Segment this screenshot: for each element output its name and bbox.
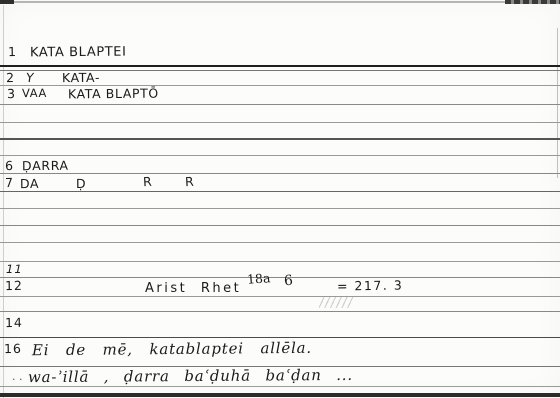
entry-text: ḌARRA [22,158,69,173]
letter-mark: R [185,174,195,189]
ruled-line [0,122,560,123]
margin-number: 1 [8,44,17,59]
top-left-corner-mark [0,0,14,4]
top-right-corner-smudge [505,0,560,4]
ruled-line [0,208,560,209]
abbreviation-mark: VAA [22,86,47,100]
entry-text: KATA BLAPTŌ [68,86,159,102]
ruled-line [0,311,560,312]
card-right-edge [557,28,558,178]
margin-number: 16 [4,341,22,356]
citation-line-number: 6 [283,273,293,290]
ruled-line [0,242,560,243]
ruled-line [0,296,560,297]
card-top-edge [0,1,560,3]
margin-number: 2 [6,70,15,85]
margin-number: 11 [5,262,25,276]
citation-locus: 18a [247,270,271,287]
ruled-line [0,173,560,174]
ruled-line [0,386,560,387]
ruled-line [0,225,560,226]
margin-number: 12 [5,278,23,293]
entry-headword: KATA BLAPTEI [30,45,127,61]
margin-number: 14 [5,315,23,330]
letter-mark: R [143,174,153,189]
pencil-smudge [319,297,353,308]
transliterated-greek-text: Ei de mē, katablaptei allēla. [32,339,312,359]
ruled-line [0,155,560,156]
card-left-edge [3,5,4,398]
index-card: 1 KATA BLAPTEI 2 Y KATA- 3 VAA KATA BLAP… [0,0,560,398]
ruled-line [0,337,560,338]
entry-text: KATA- [62,70,100,85]
ruled-line [0,277,560,278]
ruled-line [0,104,560,105]
margin-number: 3 [7,86,16,101]
card-bottom-edge [0,393,560,397]
abbreviation-mark: Y [25,70,35,85]
ruled-line [0,191,560,192]
transliterated-arabic-text: wa-ʾillā , ḍarra baʿḍuhā baʿḍan ... [28,366,353,386]
citation-reference: = 217. 3 [337,277,403,293]
ruled-line [0,65,560,68]
entry-text: DA [20,176,39,191]
ruled-line [0,138,560,140]
citation-author-work: Arist Rhet [145,281,241,296]
margin-number: 6 [5,158,14,173]
ellipsis-mark: . . [12,370,23,383]
margin-number: 7 [5,175,14,190]
arabic-letter-glyph: Ḍ [76,176,86,191]
ruled-line [0,261,560,262]
